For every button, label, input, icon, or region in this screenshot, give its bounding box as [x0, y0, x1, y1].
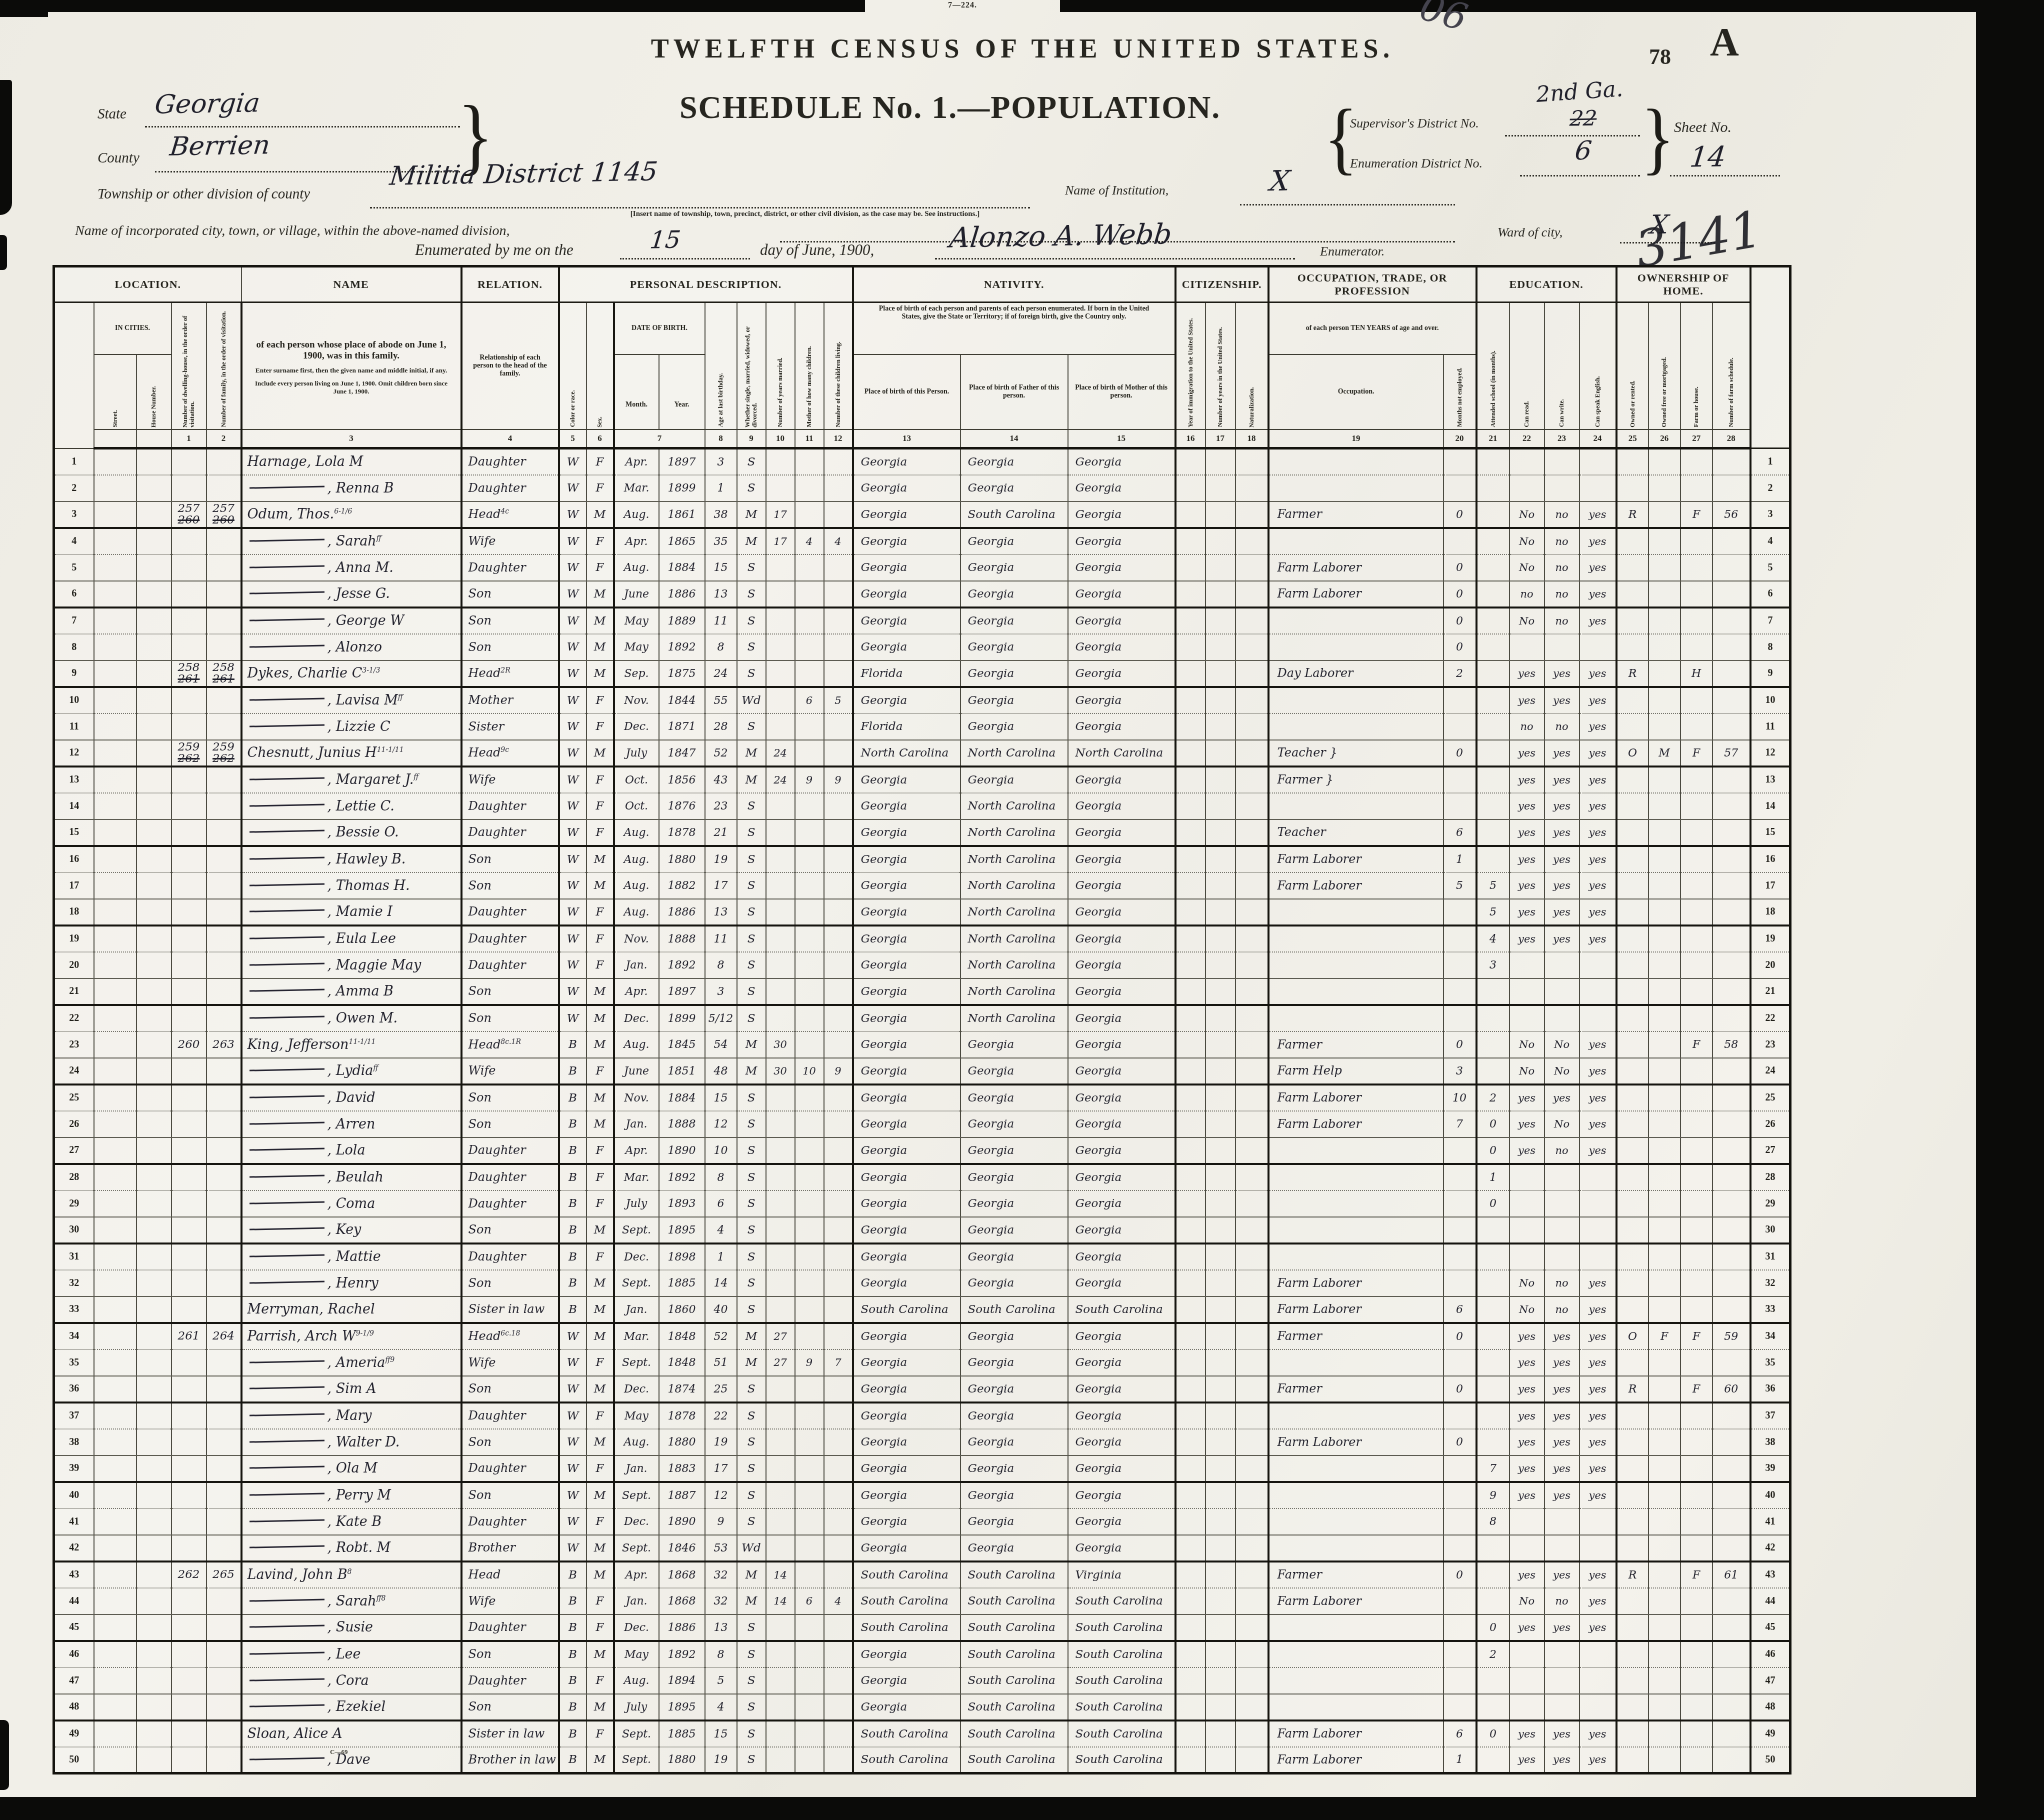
table-row: 12259262259262Chesnutt, Junius H11-1/11H… — [54, 740, 1790, 766]
cell-children-living — [824, 1614, 853, 1641]
line-number-left: 37 — [54, 1402, 94, 1429]
cell-attended-school: 0 — [1476, 1190, 1509, 1217]
cell-marital: Wd — [737, 1535, 766, 1561]
col-can-write: Can write. — [1544, 302, 1579, 429]
cell-age: 38 — [705, 501, 737, 528]
cell-birth-month: Nov. — [614, 925, 659, 952]
cell-family-number — [206, 819, 241, 846]
cell-farm-house — [1680, 925, 1712, 952]
cell-family-number — [206, 1429, 241, 1455]
cell-age: 51 — [705, 1349, 737, 1376]
cell-occupation — [1268, 1164, 1443, 1190]
cell-children-living — [824, 1323, 853, 1349]
table-row: 45, SusieDaughterBFDec.188613SSouth Caro… — [54, 1614, 1790, 1641]
line-number-right: 30 — [1750, 1217, 1790, 1243]
cell-owned-free — [1648, 1588, 1680, 1614]
table-row: 19, Eula LeeDaughterWFNov.188811SGeorgia… — [54, 925, 1790, 952]
cell-owned-rented — [1616, 581, 1648, 607]
cell-farm-house — [1680, 528, 1712, 554]
line-number-right: 17 — [1750, 872, 1790, 899]
cell-pob-mother: Georgia — [1068, 687, 1175, 713]
cell-family-number — [206, 1164, 241, 1190]
table-row: 4, SarahffWifeWFApr.186535M1744GeorgiaGe… — [54, 528, 1790, 554]
cell-children-living: 7 — [824, 1349, 853, 1376]
line-number-right: 11 — [1750, 713, 1790, 740]
cell-children-living — [824, 1747, 853, 1773]
cell-attended-school — [1476, 1667, 1509, 1694]
cell-sex: M — [586, 1323, 614, 1349]
line-number-left: 32 — [54, 1270, 94, 1296]
cell-pob-mother: Georgia — [1068, 528, 1175, 554]
cell-can-read: yes — [1509, 1349, 1544, 1376]
cell-months-not-employed: 1 — [1443, 1747, 1476, 1773]
cell-speak-english — [1579, 1243, 1616, 1270]
col-name-desc: of each person whose place of abode on J… — [241, 302, 461, 429]
cell-family-number — [206, 607, 241, 634]
cell-mother-of — [795, 448, 824, 475]
cell-pob-person: Georgia — [853, 581, 960, 607]
cell-children-living — [824, 1270, 853, 1296]
cell-birth-year: 1886 — [659, 581, 705, 607]
cell-occupation: Farm Laborer — [1268, 1747, 1443, 1773]
cell-children-living — [824, 1455, 853, 1482]
cell-naturalization — [1235, 740, 1268, 766]
cell-immigration-year — [1175, 448, 1205, 475]
table-row: 47, CoraDaughterBFAug.18945SGeorgiaSouth… — [54, 1667, 1790, 1694]
cell-owned-rented: R — [1616, 1376, 1648, 1402]
cell-years-married — [766, 1164, 795, 1190]
cell-can-write: no — [1544, 501, 1579, 528]
cell-birth-year: 1892 — [659, 952, 705, 978]
institution-value: X — [1268, 165, 1292, 198]
cell-age: 15 — [705, 554, 737, 581]
cell-occupation — [1268, 1641, 1443, 1667]
col-dob: DATE OF BIRTH. — [614, 302, 705, 354]
cell-relation: Head — [461, 1561, 559, 1588]
cell-marital: S — [737, 1482, 766, 1508]
cell-pob-mother: Georgia — [1068, 448, 1175, 475]
cell-pob-person: Georgia — [853, 1190, 960, 1217]
cell-attended-school: 0 — [1476, 1111, 1509, 1137]
cell-years-married — [766, 581, 795, 607]
cell-color: W — [559, 687, 586, 713]
cell-attended-school — [1476, 793, 1509, 819]
cell-pob-mother: Georgia — [1068, 581, 1175, 607]
cell-dwelling-number — [171, 634, 206, 660]
cell-pob-mother: Georgia — [1068, 1190, 1175, 1217]
cell-attended-school — [1476, 1402, 1509, 1429]
cell-months-not-employed: 0 — [1443, 1376, 1476, 1402]
cell-dwelling-number — [171, 1402, 206, 1429]
cell-owned-rented — [1616, 448, 1648, 475]
cell-years-in-us — [1205, 925, 1235, 952]
cell-marital: S — [737, 1667, 766, 1694]
cell-immigration-year — [1175, 1111, 1205, 1137]
cell-owned-free — [1648, 766, 1680, 793]
cell-family-number — [206, 687, 241, 713]
cell-pob-person: Georgia — [853, 1137, 960, 1164]
cell-street — [94, 1641, 136, 1667]
line-number-right: 29 — [1750, 1190, 1790, 1217]
cell-can-read: yes — [1509, 1376, 1544, 1402]
col-owned-rented: Owned or rented. — [1616, 302, 1648, 429]
cell-farm-house — [1680, 1482, 1712, 1508]
cell-naturalization — [1235, 1561, 1268, 1588]
cell-name: , Ola M — [241, 1455, 461, 1482]
cell-street — [94, 607, 136, 634]
cell-relation: Son — [461, 581, 559, 607]
cell-can-write: yes — [1544, 1376, 1579, 1402]
cell-sex: F — [586, 554, 614, 581]
cell-immigration-year — [1175, 925, 1205, 952]
cell-children-living — [824, 1694, 853, 1720]
cell-mother-of — [795, 554, 824, 581]
cell-months-not-employed — [1443, 1349, 1476, 1376]
cell-sex: F — [586, 899, 614, 925]
line-number-left: 8 — [54, 634, 94, 660]
cell-naturalization — [1235, 925, 1268, 952]
cell-attended-school — [1476, 1005, 1509, 1031]
cell-street — [94, 501, 136, 528]
cell-birth-month: Jan. — [614, 1588, 659, 1614]
cell-family-number — [206, 1349, 241, 1376]
cell-name: , Alonzo — [241, 634, 461, 660]
cell-street — [94, 1031, 136, 1058]
cell-years-married — [766, 872, 795, 899]
cell-attended-school — [1476, 660, 1509, 687]
cell-color: W — [559, 1323, 586, 1349]
cell-street — [94, 581, 136, 607]
table-row: 48, EzekielSonBMJuly18954SGeorgiaSouth C… — [54, 1694, 1790, 1720]
cell-mother-of — [795, 1005, 824, 1031]
cell-family-number — [206, 1402, 241, 1429]
cell-pob-person: Georgia — [853, 766, 960, 793]
cell-relation: Daughter — [461, 1164, 559, 1190]
cell-color: W — [559, 528, 586, 554]
cell-age: 8 — [705, 634, 737, 660]
cell-pob-mother: Georgia — [1068, 1376, 1175, 1402]
cell-months-not-employed — [1443, 1270, 1476, 1296]
cell-name: , Lettie C. — [241, 793, 461, 819]
cell-family-number: 263 — [206, 1031, 241, 1058]
cell-relation: Wife — [461, 1588, 559, 1614]
cell-family-number — [206, 1720, 241, 1747]
cell-occupation: Farmer — [1268, 1323, 1443, 1349]
cell-attended-school — [1476, 846, 1509, 872]
cell-children-living — [824, 1217, 853, 1243]
cell-attended-school: 9 — [1476, 1482, 1509, 1508]
cell-attended-school — [1476, 634, 1509, 660]
cell-birth-month: Sept. — [614, 1349, 659, 1376]
cell-owned-free — [1648, 1508, 1680, 1535]
cell-naturalization — [1235, 581, 1268, 607]
cell-birth-year: 1893 — [659, 1190, 705, 1217]
cell-farm-house — [1680, 766, 1712, 793]
cell-family-number — [206, 1508, 241, 1535]
cell-birth-year: 1880 — [659, 1429, 705, 1455]
cell-relation: Daughter — [461, 925, 559, 952]
cell-farm-schedule: 56 — [1712, 501, 1750, 528]
col-in-cities: IN CITIES. — [94, 302, 171, 354]
cell-age: 4 — [705, 1694, 737, 1720]
cell-can-write: no — [1544, 1137, 1579, 1164]
cell-attended-school — [1476, 713, 1509, 740]
cell-birth-month: Aug. — [614, 554, 659, 581]
cell-marital: S — [737, 819, 766, 846]
cell-speak-english — [1579, 634, 1616, 660]
cell-name: , Susie — [241, 1614, 461, 1641]
cell-naturalization — [1235, 899, 1268, 925]
cell-pob-father: Georgia — [960, 554, 1068, 581]
cell-speak-english — [1579, 1667, 1616, 1694]
line-number-left: 34 — [54, 1323, 94, 1349]
cell-house-number — [136, 1588, 171, 1614]
cell-children-living — [824, 1667, 853, 1694]
cell-years-in-us — [1205, 1747, 1235, 1773]
cell-years-in-us — [1205, 1031, 1235, 1058]
cell-years-married: 27 — [766, 1349, 795, 1376]
cell-relation: Daughter — [461, 448, 559, 475]
line-number-left: 9 — [54, 660, 94, 687]
cell-birth-month: Oct. — [614, 766, 659, 793]
cell-marital: M — [737, 1349, 766, 1376]
cell-years-in-us — [1205, 1111, 1235, 1137]
cell-street — [94, 740, 136, 766]
line-number-right: 34 — [1750, 1323, 1790, 1349]
cell-age: 15 — [705, 1084, 737, 1111]
cell-sex: M — [586, 740, 614, 766]
cell-years-married — [766, 1296, 795, 1323]
group-education: EDUCATION. — [1476, 266, 1616, 302]
cell-birth-year: 1889 — [659, 607, 705, 634]
cell-sex: M — [586, 1376, 614, 1402]
cell-attended-school — [1476, 1296, 1509, 1323]
cell-farm-house: F — [1680, 1376, 1712, 1402]
cell-naturalization — [1235, 1429, 1268, 1455]
cell-occupation: Teacher } — [1268, 740, 1443, 766]
table-row: 16, Hawley B.SonWMAug.188019SGeorgiaNort… — [54, 846, 1790, 872]
cell-farm-house — [1680, 713, 1712, 740]
cell-mother-of — [795, 1667, 824, 1694]
cell-can-read: No — [1509, 607, 1544, 634]
col-pob-person: Place of birth of this Person. — [853, 354, 960, 429]
cell-months-not-employed — [1443, 1614, 1476, 1641]
cell-speak-english: yes — [1579, 899, 1616, 925]
cell-farm-house — [1680, 1641, 1712, 1667]
cell-marital: S — [737, 554, 766, 581]
line-number-left: 17 — [54, 872, 94, 899]
cell-naturalization — [1235, 634, 1268, 660]
cell-family-number — [206, 846, 241, 872]
cell-can-read — [1509, 1217, 1544, 1243]
cell-sex: M — [586, 1561, 614, 1588]
cell-attended-school — [1476, 687, 1509, 713]
cell-naturalization — [1235, 1720, 1268, 1747]
cell-speak-english — [1579, 1641, 1616, 1667]
cell-can-write — [1544, 1667, 1579, 1694]
cell-pob-mother: Georgia — [1068, 1058, 1175, 1084]
cell-dwelling-number — [171, 766, 206, 793]
line-number-left: 20 — [54, 952, 94, 978]
cell-birth-year: 1888 — [659, 1111, 705, 1137]
cell-can-write: yes — [1544, 1720, 1579, 1747]
cell-owned-rented — [1616, 1243, 1648, 1270]
cell-farm-schedule: 57 — [1712, 740, 1750, 766]
cell-street — [94, 1720, 136, 1747]
cell-can-write: yes — [1544, 1084, 1579, 1111]
cell-family-number — [206, 554, 241, 581]
cell-owned-free — [1648, 687, 1680, 713]
cell-owned-free — [1648, 1164, 1680, 1190]
cell-age: 10 — [705, 1137, 737, 1164]
cell-house-number — [136, 1667, 171, 1694]
cell-occupation — [1268, 1455, 1443, 1482]
scan-edge-right — [1976, 0, 2044, 1820]
cell-immigration-year — [1175, 766, 1205, 793]
cell-mother-of — [795, 1402, 824, 1429]
cell-speak-english: yes — [1579, 740, 1616, 766]
cell-occupation: Farm Laborer — [1268, 1429, 1443, 1455]
cell-dwelling-number — [171, 1137, 206, 1164]
cell-age: 54 — [705, 1031, 737, 1058]
cell-farm-house: F — [1680, 740, 1712, 766]
cell-dwelling-number — [171, 1508, 206, 1535]
cell-name: , Coma — [241, 1190, 461, 1217]
cell-farm-schedule — [1712, 1535, 1750, 1561]
line-number-right: 35 — [1750, 1349, 1790, 1376]
cell-years-in-us — [1205, 1270, 1235, 1296]
cell-can-read — [1509, 1005, 1544, 1031]
cell-speak-english: yes — [1579, 687, 1616, 713]
cell-children-living — [824, 1296, 853, 1323]
cell-relation: Son — [461, 607, 559, 634]
cell-name: , Lavisa Mff — [241, 687, 461, 713]
cell-attended-school — [1476, 448, 1509, 475]
cell-street — [94, 475, 136, 501]
cell-birth-year: 1884 — [659, 554, 705, 581]
cell-naturalization — [1235, 1217, 1268, 1243]
cell-years-married — [766, 899, 795, 925]
cell-color: W — [559, 1376, 586, 1402]
cell-children-living — [824, 607, 853, 634]
line-number-left: 4 — [54, 528, 94, 554]
cell-speak-english: yes — [1579, 1455, 1616, 1482]
cell-owned-rented — [1616, 1296, 1648, 1323]
cell-years-in-us — [1205, 554, 1235, 581]
cell-pob-mother: Georgia — [1068, 1111, 1175, 1137]
cell-pob-person: Georgia — [853, 793, 960, 819]
cell-name: Sloan, Alice A — [241, 1720, 461, 1747]
cell-children-living: 5 — [824, 687, 853, 713]
cell-farm-house — [1680, 1402, 1712, 1429]
cell-owned-rented — [1616, 1084, 1648, 1111]
cell-can-write — [1544, 1164, 1579, 1190]
cell-pob-father: North Carolina — [960, 846, 1068, 872]
cell-farm-house — [1680, 1694, 1712, 1720]
cell-immigration-year — [1175, 1349, 1205, 1376]
cell-can-write — [1544, 1217, 1579, 1243]
table-row: 15, Bessie O.DaughterWFAug.187821SGeorgi… — [54, 819, 1790, 846]
cell-birth-month: Aug. — [614, 1031, 659, 1058]
cell-family-number — [206, 1058, 241, 1084]
cell-street — [94, 1561, 136, 1588]
cell-speak-english: yes — [1579, 607, 1616, 634]
cell-name: , Amma B — [241, 978, 461, 1005]
cell-owned-rented — [1616, 1694, 1648, 1720]
cell-birth-year: 1845 — [659, 1031, 705, 1058]
cell-years-married — [766, 687, 795, 713]
cell-can-read: No — [1509, 528, 1544, 554]
cell-relation: Son — [461, 1270, 559, 1296]
cell-occupation: Teacher — [1268, 819, 1443, 846]
cell-marital: S — [737, 1243, 766, 1270]
cell-street — [94, 1614, 136, 1641]
cell-owned-rented — [1616, 687, 1648, 713]
cell-immigration-year — [1175, 581, 1205, 607]
cell-street — [94, 1164, 136, 1190]
cell-owned-free — [1648, 1482, 1680, 1508]
line-number-left: 23 — [54, 1031, 94, 1058]
cell-street — [94, 1005, 136, 1031]
cell-dwelling-number: 258261 — [171, 660, 206, 687]
cell-sex: M — [586, 1482, 614, 1508]
cell-children-living — [824, 1190, 853, 1217]
cell-months-not-employed: 2 — [1443, 660, 1476, 687]
cell-pob-father: South Carolina — [960, 1561, 1068, 1588]
cell-years-in-us — [1205, 978, 1235, 1005]
cell-years-married: 17 — [766, 528, 795, 554]
cell-naturalization — [1235, 501, 1268, 528]
cell-pob-person: Georgia — [853, 1031, 960, 1058]
cell-color: W — [559, 448, 586, 475]
cell-speak-english — [1579, 1190, 1616, 1217]
county-value: Berrien — [168, 130, 271, 161]
cell-relation: Sister in law — [461, 1720, 559, 1747]
cell-farm-schedule — [1712, 872, 1750, 899]
cell-birth-year: 1861 — [659, 501, 705, 528]
cell-relation: Daughter — [461, 793, 559, 819]
cell-birth-year: 1886 — [659, 1614, 705, 1641]
cell-age: 5 — [705, 1667, 737, 1694]
cell-pob-father: Georgia — [960, 1270, 1068, 1296]
cell-birth-year: 1897 — [659, 978, 705, 1005]
cell-birth-month: May — [614, 634, 659, 660]
cell-pob-mother: Georgia — [1068, 899, 1175, 925]
cell-can-read: yes — [1509, 1111, 1544, 1137]
cell-farm-schedule — [1712, 634, 1750, 660]
cell-sex: F — [586, 1058, 614, 1084]
cell-children-living — [824, 846, 853, 872]
cell-name: , Bessie O. — [241, 819, 461, 846]
cell-years-in-us — [1205, 475, 1235, 501]
cell-name: , Margaret J.ff — [241, 766, 461, 793]
cell-street — [94, 448, 136, 475]
cell-months-not-employed — [1443, 1588, 1476, 1614]
line-number-left: 38 — [54, 1429, 94, 1455]
cell-farm-house — [1680, 448, 1712, 475]
cell-color: W — [559, 1482, 586, 1508]
cell-marital: M — [737, 528, 766, 554]
cell-pob-mother: Georgia — [1068, 1270, 1175, 1296]
cell-pob-person: Georgia — [853, 819, 960, 846]
cell-name: , Ameriaff9 — [241, 1349, 461, 1376]
cell-months-not-employed: 0 — [1443, 1429, 1476, 1455]
cell-speak-english: yes — [1579, 1031, 1616, 1058]
cell-can-write: No — [1544, 1111, 1579, 1137]
cell-farm-schedule — [1712, 899, 1750, 925]
cell-pob-mother: Georgia — [1068, 1005, 1175, 1031]
cell-can-read: No — [1509, 554, 1544, 581]
